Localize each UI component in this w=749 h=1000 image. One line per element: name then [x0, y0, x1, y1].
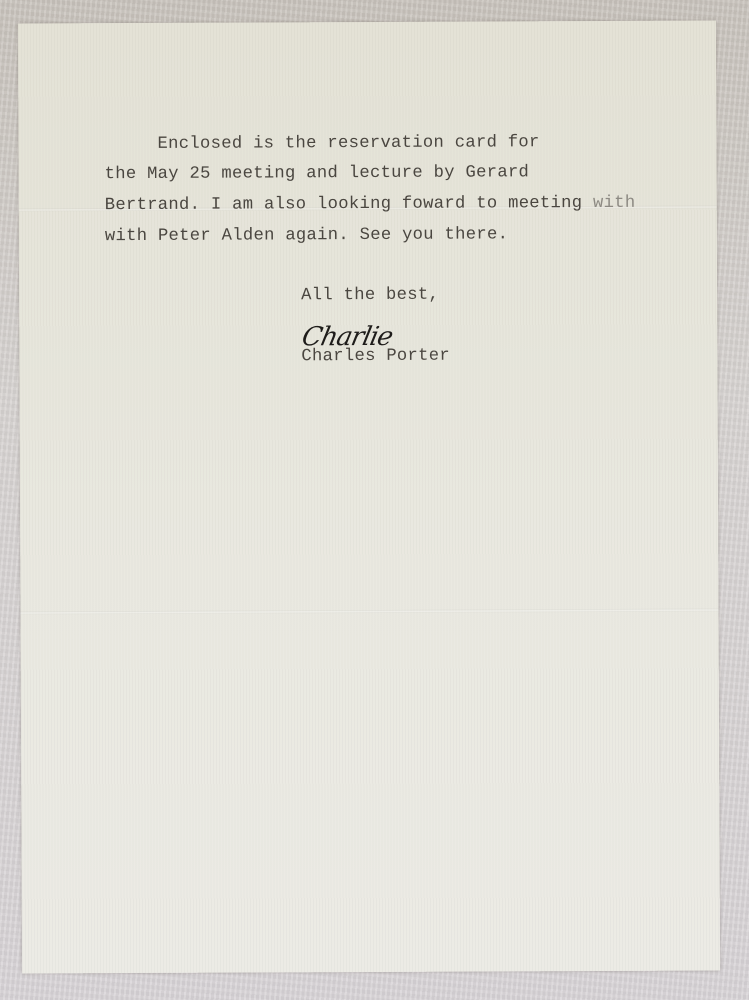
- closing-salutation: All the best,: [301, 286, 439, 306]
- body-line-2: the May 25 meeting and lecture by Gerard: [105, 163, 530, 184]
- body-line-3: Bertrand. I am also looking foward to me…: [105, 194, 636, 215]
- typed-name: Charles Porter: [301, 347, 450, 367]
- fold-crease: [20, 608, 718, 614]
- body-line-4: with Peter Alden again. See you there.: [105, 225, 508, 246]
- body-line-3-text: Bertrand. I am also looking foward to me…: [105, 194, 593, 215]
- body-line-3-overflow: with: [593, 194, 636, 213]
- body-line-1: Enclosed is the reservation card for: [104, 133, 539, 154]
- letter-sheet: Enclosed is the reservation card for the…: [18, 20, 720, 973]
